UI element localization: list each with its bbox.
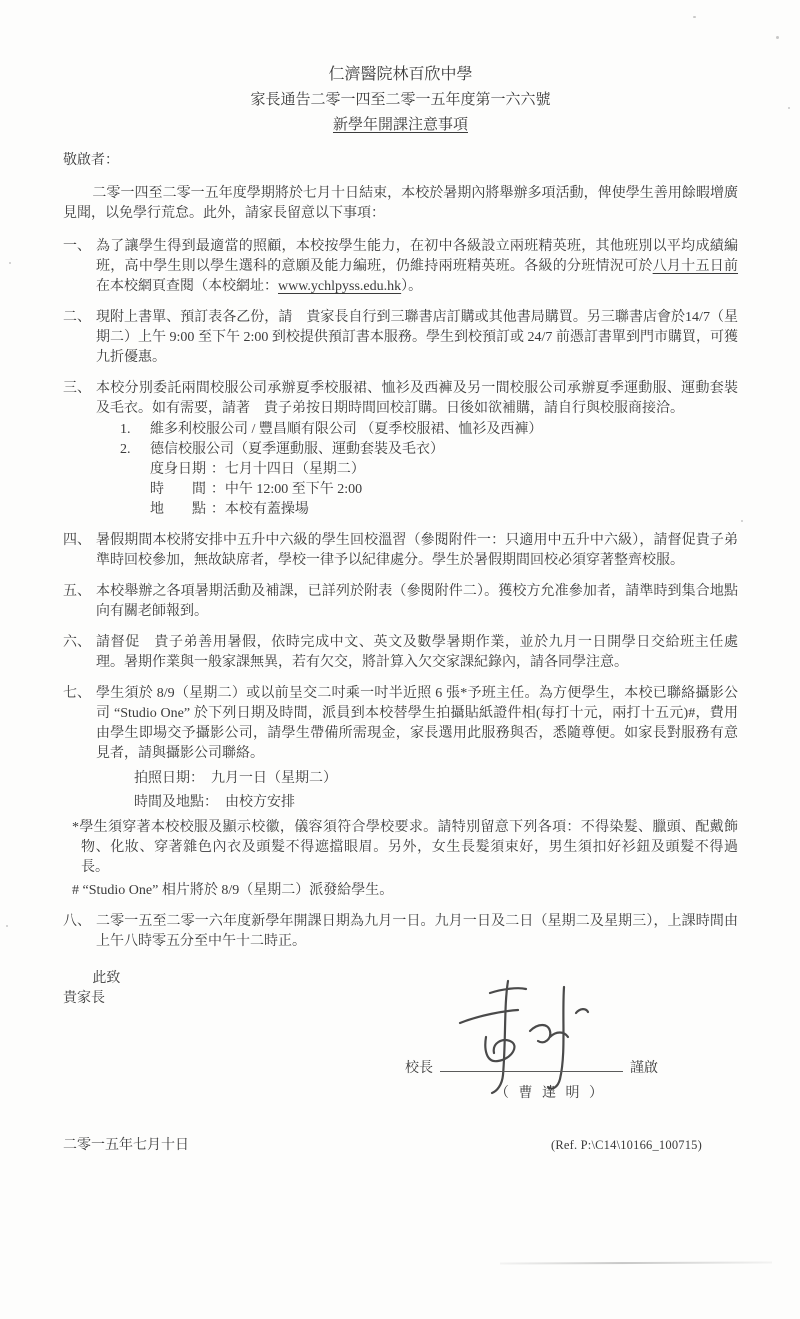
item-8-text: 二零一五至二零一六年度新學年開課日期為九月一日。九月一日及二日（星期二及星期三）… (96, 912, 738, 952)
item-2-text: 現附上書單、預訂表各乙份，請 貴家長自行到三聯書店訂購或其他書局購買。另三聯書店… (96, 308, 738, 368)
fitting-place-row: 地 點 ：本校有蓋操場 (150, 500, 738, 520)
item-1-text: 為了讓學生得到最適當的照顧，本校按學生能力，在初中各級設立兩班精英班，其他班別以… (96, 237, 738, 297)
fitting-time-row: 時 間 ：中午 12:00 至下午 2:00 (150, 480, 738, 500)
school-name: 仁濟醫院林百欣中學 (63, 64, 738, 86)
fitting-details: 度身日期 ：七月十四日（星期二） 時 間 ：中午 12:00 至下午 2:00 … (150, 460, 738, 520)
photo-details: 拍照日期： 九月一日（星期二） 時間及地點： 由校方安排 (134, 767, 738, 815)
item-5: 五、 本校舉辦之各項暑期活動及補課，已詳列於附表（參閱附件二）。獲校方允准參加者… (63, 582, 738, 622)
notice-items: 一、 為了讓學生得到最適當的照顧，本校按學生能力，在初中各級設立兩班精英班，其他… (63, 237, 738, 952)
item-1-number: 一、 (63, 237, 96, 297)
document-title: 新學年開課注意事項 (63, 114, 738, 136)
footnote-star: *學生須穿著本校校服及顯示校徽，儀容須符合學校要求。請特別留意下列各項：不得染髮… (72, 818, 738, 878)
scan-noise-speck (788, 107, 790, 109)
salutation: 敬啟者： (63, 151, 738, 171)
signature-area: 校長謹啟 （ 曹 達 明 ） (63, 1009, 738, 1111)
uniform-company-1-number: 1. (120, 420, 150, 440)
item-1: 一、 為了讓學生得到最適當的照顧，本校按學生能力，在初中各級設立兩班精英班，其他… (63, 237, 738, 297)
item-6-number: 六、 (63, 633, 96, 673)
uniform-company-2: 2. 德信校服公司（夏季運動服、運動套裝及毛衣） (120, 440, 738, 460)
item-2-number: 二、 (63, 308, 96, 368)
signature-line (440, 1057, 623, 1072)
fitting-time-value: ：中午 12:00 至下午 2:00 (211, 480, 362, 500)
item-4-number: 四、 (63, 531, 96, 571)
closing-salute: 此致 (63, 969, 738, 989)
item-6-text: 請督促 貴子弟善用暑假，依時完成中文、英文及數學暑期作業，並於九月一日開學日交給… (96, 633, 738, 673)
fitting-date-label: 度身日期 (150, 460, 211, 480)
notice-number: 家長通告二零一四至二零一五年度第一六六號 (63, 89, 738, 111)
scan-noise-speck (9, 262, 11, 264)
scan-noise-speck (776, 36, 779, 39)
item-7-text: 學生須於 8/9（星期二）或以前呈交二吋乘一吋半近照 6 張*予班主任。為方便學… (96, 684, 738, 764)
scan-noise-speck (741, 520, 743, 522)
fitting-date-row: 度身日期 ：七月十四日（星期二） (150, 460, 738, 480)
photo-date-line: 拍照日期： 九月一日（星期二） (134, 767, 738, 791)
respectfully-label: 謹啟 (630, 1061, 658, 1076)
fitting-time-label: 時 間 (150, 480, 211, 500)
document-header: 仁濟醫院林百欣中學 家長通告二零一四至二零一五年度第一六六號 新學年開課注意事項 (63, 64, 738, 136)
item-3: 三、 本校分別委託兩間校服公司承辦夏季校服裙、恤衫及西褲及另一間校服公司承辦夏季… (63, 379, 738, 520)
fitting-place-value: ：本校有蓋操場 (211, 500, 309, 520)
item-8-number: 八、 (63, 912, 96, 952)
scan-noise-speck (6, 925, 8, 927)
uniform-company-2-text: 德信校服公司（夏季運動服、運動套裝及毛衣） (150, 440, 444, 460)
item-6: 六、 請督促 貴子弟善用暑假，依時完成中文、英文及數學暑期作業，並於九月一日開學… (63, 633, 738, 673)
fitting-place-label: 地 點 (150, 500, 211, 520)
item-3-body: 本校分別委託兩間校服公司承辦夏季校服裙、恤衫及西褲及另一間校服公司承辦夏季運動服… (96, 379, 738, 520)
uniform-company-list: 1. 維多利校服公司 / 豐昌順有限公司 （夏季校服裙、恤衫及西褲） 2. 德信… (120, 420, 738, 460)
item-8: 八、 二零一五至二零一六年度新學年開課日期為九月一日。九月一日及二日（星期二及星… (63, 912, 738, 952)
item-7: 七、 學生須於 8/9（星期二）或以前呈交二吋乘一吋半近照 6 張*予班主任。為… (63, 684, 738, 901)
item-5-number: 五、 (63, 582, 96, 622)
fitting-date-value: ：七月十四日（星期二） (211, 460, 365, 480)
closing-addressee: 貴家長 (63, 989, 738, 1009)
signature-line-row: 校長謹啟 (405, 1057, 658, 1079)
footnote-hash: # “Studio One” 相片將於 8/9（星期二）派發給學生。 (72, 881, 738, 901)
item-4-text: 暑假期間本校將安排中五升中六級的學生回校溫習（參閱附件一：只適用中五升中六級），… (96, 531, 738, 571)
principal-label: 校長 (405, 1061, 433, 1076)
document-date: 二零一五年七月十日 (63, 1136, 189, 1156)
footer-row: 二零一五年七月十日 (Ref. P:\C14\10166_100715) (63, 1135, 738, 1156)
uniform-company-1-text: 維多利校服公司 / 豐昌順有限公司 （夏季校服裙、恤衫及西褲） (150, 420, 542, 440)
item-3-number: 三、 (63, 379, 96, 520)
photo-time-place-line: 時間及地點： 由校方安排 (134, 791, 738, 815)
item-2: 二、 現附上書單、預訂表各乙份，請 貴家長自行到三聯書店訂購或其他書局購買。另三… (63, 308, 738, 368)
uniform-company-1: 1. 維多利校服公司 / 豐昌順有限公司 （夏季校服裙、恤衫及西褲） (120, 420, 738, 440)
principal-name: （ 曹 達 明 ） (458, 1084, 643, 1104)
item-5-text: 本校舉辦之各項暑期活動及補課，已詳列於附表（參閱附件二）。獲校方允准參加者，請準… (96, 582, 738, 622)
uniform-company-2-number: 2. (120, 440, 150, 460)
scan-noise-speck (693, 16, 696, 18)
item-4: 四、 暑假期間本校將安排中五升中六級的學生回校溫習（參閱附件一：只適用中五升中六… (63, 531, 738, 571)
intro-paragraph: 二零一四至二零一五年度學期將於七月十日結束，本校於暑期內將舉辦多項活動，俾使學生… (63, 184, 738, 224)
item-7-body: 學生須於 8/9（星期二）或以前呈交二吋乘一吋半近照 6 張*予班主任。為方便學… (96, 684, 738, 901)
item-3-text: 本校分別委託兩間校服公司承辦夏季校服裙、恤衫及西褲及另一間校服公司承辦夏季運動服… (96, 379, 738, 419)
notice-document-page: 仁濟醫院林百欣中學 家長通告二零一四至二零一五年度第一六六號 新學年開課注意事項… (0, 0, 800, 1319)
reference-code: (Ref. P:\C14\10166_100715) (551, 1135, 702, 1155)
scan-artifact-line (500, 1262, 772, 1265)
